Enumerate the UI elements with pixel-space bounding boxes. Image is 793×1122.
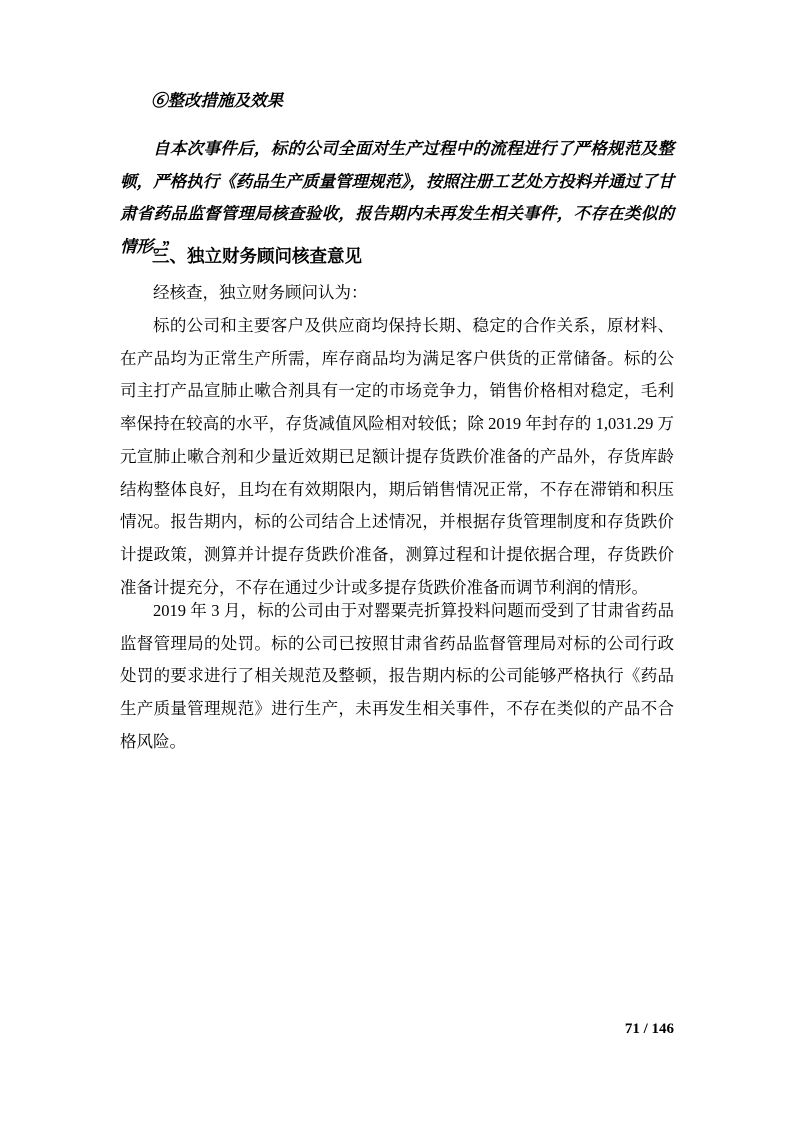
paragraph-inventory-opinion: 标的公司和主要客户及供应商均保持长期、稳定的合作关系，原材料、在产品均为正常生产…: [120, 310, 674, 604]
document-page: ⑥整改措施及效果 自本次事件后，标的公司全面对生产过程中的流程进行了严格规范及整…: [0, 0, 793, 1122]
section-heading-advisor-opinion: 三、独立财务顾问核查意见: [152, 243, 362, 269]
page-number: 71 / 146: [120, 1021, 674, 1038]
subsection-heading-rectification: ⑥整改措施及效果: [151, 89, 283, 112]
paragraph-penalty-opinion: 2019 年 3 月，标的公司由于对罂粟壳折算投料问题而受到了甘肃省药品监督管理…: [120, 595, 674, 759]
paragraph-opinion-intro: 经核查，独立财务顾问认为：: [120, 277, 674, 310]
